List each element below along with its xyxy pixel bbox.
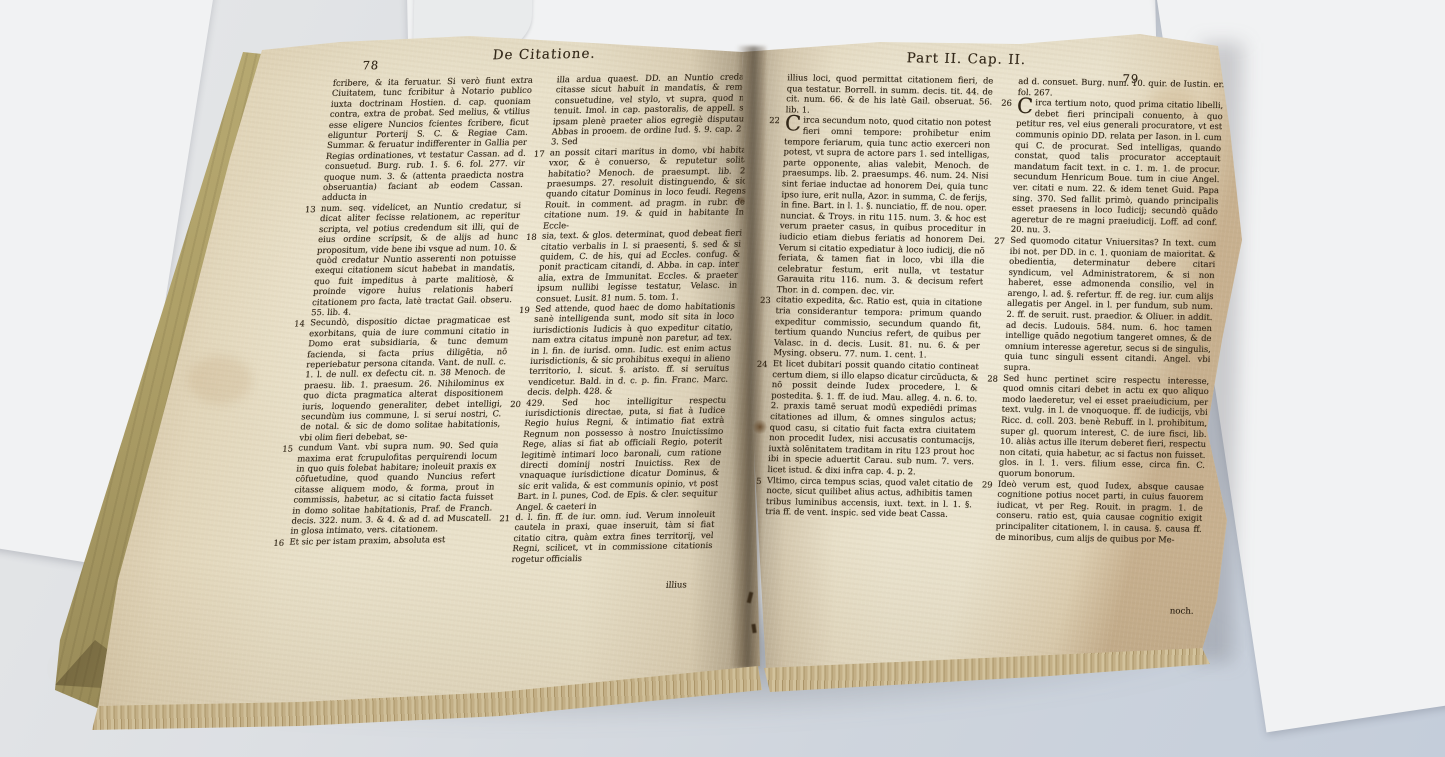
paragraph: 19Sed attende, quod haec de domo habitat…: [527, 300, 736, 397]
text-column: fcribere, & ita feruatur. Si verò fiunt …: [269, 75, 534, 593]
section-number: 29: [982, 479, 993, 490]
paragraph: 27Sed quomodo citatur Vniuersitas? In te…: [1004, 235, 1217, 376]
paragraph: 15cundum Vant. vbi supra num. 90. Sed qu…: [290, 439, 499, 536]
section-number: 20: [510, 398, 522, 409]
section-number: 27: [994, 235, 1005, 246]
paragraph: illa ardua quaest. DD. an Nuntio credatu…: [550, 71, 757, 147]
text-columns: illius loci, quod permittat citationem f…: [744, 72, 1239, 611]
right-page-content: Part II. Cap. II. 79 illius loci, quod p…: [744, 44, 1240, 611]
section-number: 21: [499, 513, 511, 524]
text-columns: fcribere, & ita feruatur. Si verò fiunt …: [269, 71, 758, 593]
paragraph: 25Vltimo, circa tempus scias, quod valet…: [765, 475, 973, 521]
paragraph: fcribere, & ita feruatur. Si verò fiunt …: [322, 75, 534, 203]
catchword: noch.: [1169, 606, 1193, 616]
paragraph: 18sia, text. & glos. determinat, quod de…: [536, 227, 743, 303]
paragraph: 16Et sic per istam praxim, absoluta est: [289, 533, 490, 547]
foxing-stain: [188, 356, 252, 404]
paragraph: 14Secundò, dispositio dictae pragmaticae…: [299, 314, 511, 442]
photo-of-antique-book: 78 De Citatione. fcribere, & ita feruatu…: [0, 0, 1445, 757]
text-column: illius loci, quod permittat citationem f…: [744, 72, 994, 607]
paragraph: 28Sed hunc pertinet scire respectu inter…: [998, 372, 1209, 481]
paragraph: 22Circa secundum noto, quod citatio non …: [776, 115, 991, 298]
section-number: 14: [294, 319, 306, 330]
drop-cap: C: [1017, 97, 1036, 115]
running-title: De Citatione.: [438, 45, 649, 64]
paragraph: 17an possit citari maritus in domo, vbi …: [543, 144, 751, 231]
folio-number: 78: [362, 58, 380, 72]
running-title: Part II. Cap. II.: [851, 49, 1082, 69]
text-column: ad d. consuet. Burg. num. 10. quir. de I…: [975, 76, 1225, 611]
section-number: 26: [1001, 98, 1012, 109]
section-number: 19: [519, 305, 531, 316]
section-number: 18: [525, 232, 537, 243]
paragraph: 21d. l. fin. ff. de iur. omn. iud. Verum…: [511, 509, 716, 564]
section-number: 13: [304, 204, 316, 215]
section-number: 22: [769, 115, 780, 126]
catchword: illius: [665, 580, 687, 590]
paragraph: 29Ideò verum est, quod Iudex, absque cau…: [995, 478, 1204, 545]
paragraph: 24Et licet dubitari possit quando citati…: [767, 358, 979, 478]
section-number: 16: [273, 537, 285, 548]
paragraph: 26Circa tertium noto, quod prima citatio…: [1011, 97, 1224, 238]
left-page-content: 78 De Citatione. fcribere, & ita feruatu…: [269, 43, 760, 593]
text-column: illa ardua quaest. DD. an Nuntio credatu…: [493, 71, 758, 589]
section-number: 17: [533, 148, 545, 159]
section-number: 28: [987, 373, 998, 384]
paragraph: 13num. seq. videlicet, an Nuntio credatu…: [311, 200, 522, 318]
paragraph: illius loci, quod permittat citationem f…: [785, 72, 993, 118]
paragraph: 20429. Sed hoc intelligitur respectu iur…: [516, 394, 727, 512]
paragraph: 23citatio expedita, &c. Ratio est, quia …: [773, 295, 982, 362]
section-number: 15: [282, 444, 294, 455]
drop-cap: C: [785, 115, 804, 133]
